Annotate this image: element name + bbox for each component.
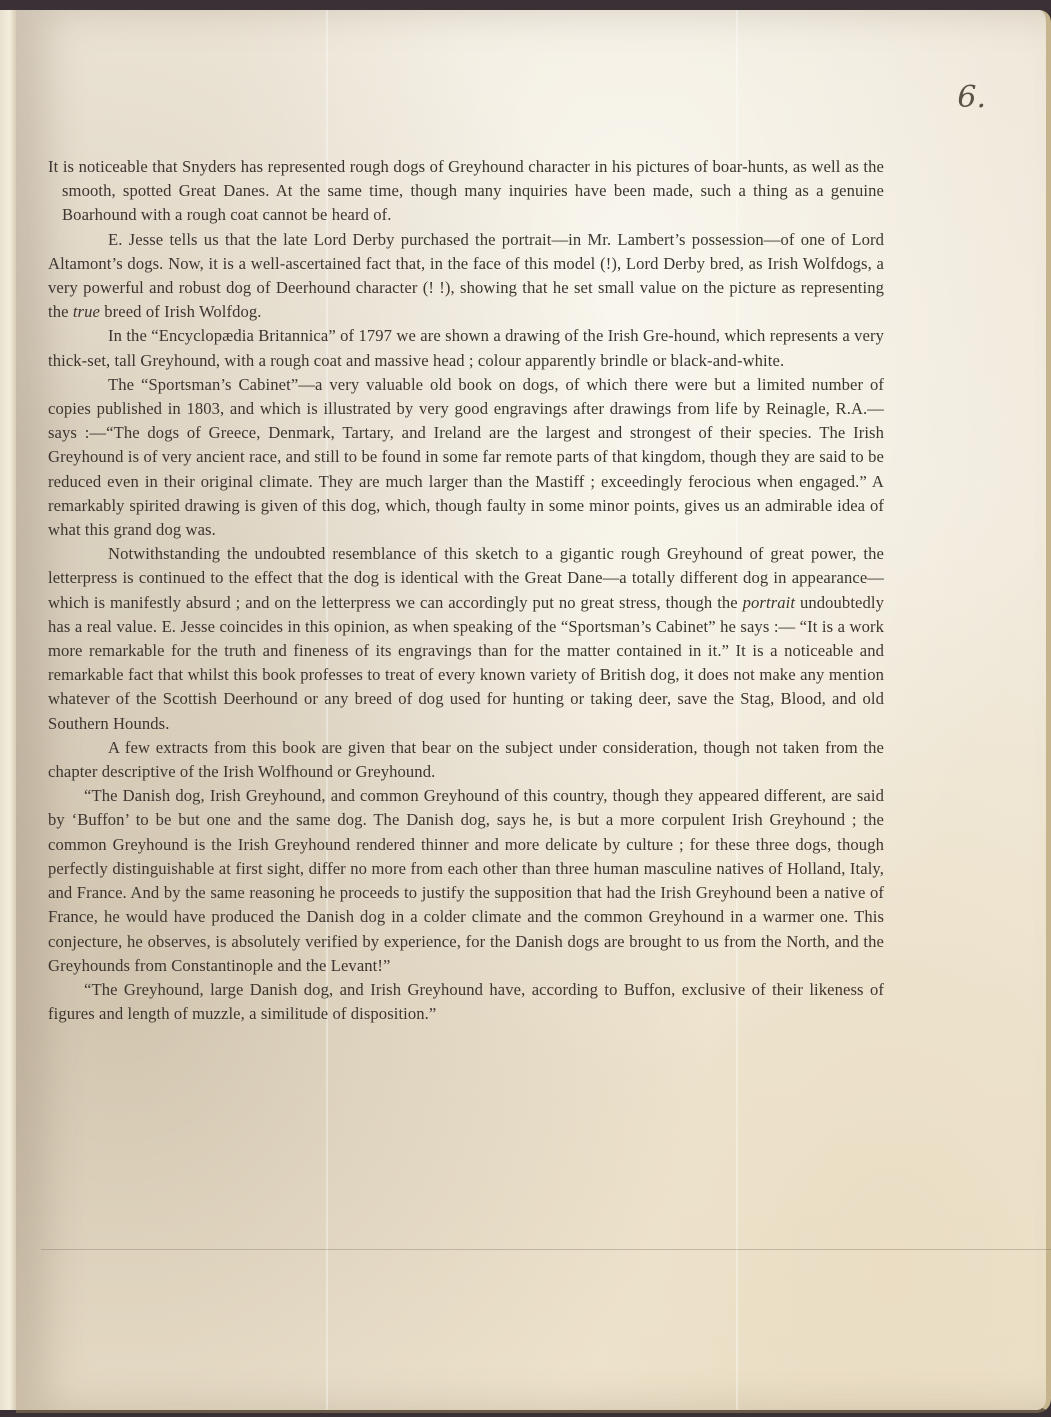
paragraph-sportsmans-cabinet: The “Sportsman’s Cabinet”—a very valuabl… [48,373,884,542]
body-text: It is noticeable that Snyders has repres… [48,155,884,1026]
text-run: breed of Irish Wolfdog. [100,302,262,321]
page-fold-line [41,1249,1051,1250]
italic-text: true [73,302,100,321]
facing-page-edge [0,10,16,1410]
text-run: undoubtedly has a real value. E. Jesse c… [48,593,884,733]
paragraph-letterpress: Notwithstanding the undoubted resemblanc… [48,542,884,736]
paragraph-buffon-quote-2: “The Greyhound, large Danish dog, and Ir… [48,978,884,1026]
page-number: 6. [957,80,986,115]
italic-text: portrait [743,593,795,612]
paragraph-encyclopaedia: In the “Encyclopædia Britannica” of 1797… [48,324,884,372]
paragraph-buffon-quote-1: “The Danish dog, Irish Greyhound, and co… [48,784,884,978]
paragraph-snyders: It is noticeable that Snyders has repres… [48,155,884,228]
paragraph-extracts: A few extracts from this book are given … [48,736,884,784]
paragraph-jesse-derby: E. Jesse tells us that the late Lord Der… [48,228,884,325]
